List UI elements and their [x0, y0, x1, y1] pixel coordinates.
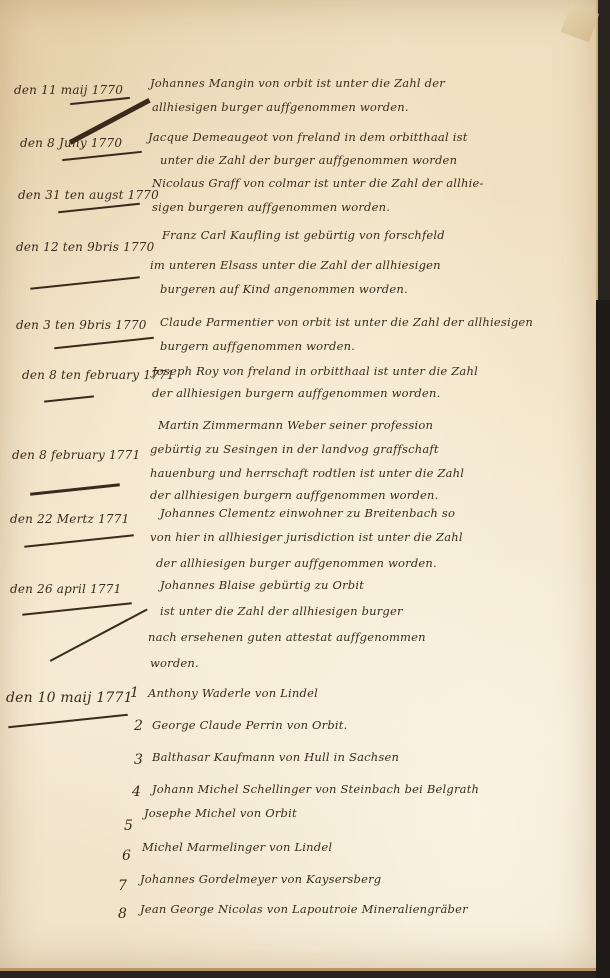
entry-line: ist unter die Zahl der allhiesigen burge… — [160, 604, 403, 618]
entry-date: den 11 maij 1770 — [14, 83, 123, 97]
entry-date: den 22 Mertz 1771 — [10, 512, 129, 526]
entry-line: Claude Parmentier von orbit ist unter di… — [160, 315, 533, 329]
list-item-number: 5 — [124, 818, 133, 834]
entry-line: worden. — [150, 656, 199, 670]
date-underline — [24, 534, 134, 547]
date-underline — [30, 276, 140, 289]
ink-flourish — [50, 608, 148, 661]
scan-background-edge — [596, 300, 610, 978]
list-item: Josephe Michel von Orbit — [144, 806, 297, 820]
entry-date: den 8 Juny 1770 — [20, 136, 122, 150]
list-item-number: 8 — [118, 906, 127, 922]
entry-line: der allhiesigen burger auffgenommen word… — [156, 556, 437, 570]
entry-line: hauenburg und herrschaft rodtlen ist unt… — [150, 466, 464, 480]
entry-line: Jacque Demeaugeot von freland in dem orb… — [148, 130, 468, 144]
list-item: Johann Michel Schellinger von Steinbach … — [152, 782, 479, 796]
list-item-number: 6 — [122, 848, 131, 864]
entry-line: der allhiesigen burgern auffgenommen wor… — [152, 386, 440, 400]
document-page: den 11 maij 1770 Johannes Mangin von orb… — [0, 0, 598, 971]
entry-line: unter die Zahl der burger auffgenommen w… — [160, 153, 457, 167]
date-underline — [22, 602, 132, 615]
entry-date: den 3 ten 9bris 1770 — [16, 318, 147, 332]
entry-line: der allhiesigen burgern auffgenommen wor… — [150, 488, 438, 502]
entry-date: den 31 ten augst 1770 — [18, 188, 159, 202]
date-underline — [54, 337, 154, 349]
entry-line: gebürtig zu Sesingen in der landvog graf… — [150, 442, 439, 456]
entry-date: den 26 april 1771 — [10, 582, 121, 596]
list-entry-date: den 10 maij 1771 — [6, 690, 133, 706]
entry-line: Johannes Blaise gebürtig zu Orbit — [160, 578, 364, 592]
list-item-number: 3 — [134, 752, 143, 768]
entry-line: Joseph Roy von freland in orbitthaal ist… — [152, 364, 478, 378]
entry-line: burgeren auf Kind angenommen worden. — [160, 282, 408, 296]
list-item: Johannes Gordelmeyer von Kaysersberg — [140, 872, 381, 886]
date-underline — [58, 203, 140, 213]
list-item: Jean George Nicolas von Lapoutroie Miner… — [140, 902, 468, 916]
date-underline — [8, 714, 127, 728]
entry-line: Martin Zimmermann Weber seiner professio… — [158, 418, 433, 432]
list-item-number: 7 — [118, 878, 127, 894]
list-item: George Claude Perrin von Orbit. — [152, 718, 347, 732]
list-item: Michel Marmelinger von Lindel — [142, 840, 332, 854]
page-corner-fold — [561, 4, 599, 42]
entry-line: nach ersehenen guten attestat auffgenomm… — [148, 630, 426, 644]
entry-line: allhiesigen burger auffgenommen worden. — [152, 100, 409, 114]
entry-line: Johannes Mangin von orbit ist unter die … — [150, 76, 445, 90]
date-underline — [44, 395, 94, 402]
list-item-number: 1 — [130, 685, 139, 701]
entry-line: Nicolaus Graff von colmar ist unter die … — [152, 176, 484, 190]
list-item: Balthasar Kaufmann von Hull in Sachsen — [152, 750, 399, 764]
date-underline — [62, 151, 142, 161]
entry-date: den 12 ten 9bris 1770 — [16, 240, 154, 254]
date-underline — [70, 97, 130, 105]
entry-line: von hier in allhiesiger jurisdiction ist… — [150, 530, 463, 544]
list-item-number: 2 — [134, 718, 143, 734]
entry-line: Franz Carl Kaufling ist gebürtig von for… — [162, 228, 445, 242]
entry-line: Johannes Clementz einwohner zu Breitenba… — [160, 506, 455, 520]
list-item: Anthony Waderle von Lindel — [148, 686, 318, 700]
entry-line: im unteren Elsass unter die Zahl der all… — [150, 258, 441, 272]
entry-date: den 8 february 1771 — [12, 448, 140, 462]
entry-line: burgern auffgenommen worden. — [160, 339, 355, 353]
date-underline — [30, 483, 120, 495]
entry-line: sigen burgeren auffgenommen worden. — [152, 200, 390, 214]
list-item-number: 4 — [132, 784, 141, 800]
